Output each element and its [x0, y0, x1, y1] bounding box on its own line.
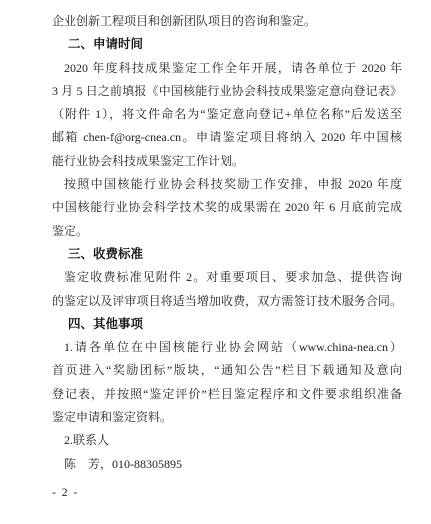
body-line: 邮箱 chen-f@org-cnea.cn。申请鉴定项目将纳入 2020 年中国…	[52, 126, 402, 149]
body-line: 鉴定。	[52, 220, 402, 243]
body-line: 鉴定申请和鉴定资料。	[52, 406, 402, 429]
body-line: 2020 年度科技成果鉴定工作全年开展，请各单位于 2020 年	[52, 57, 402, 80]
body-line: 首页进入“奖励团标”版块，“通知公告”栏目下载通知及意向	[52, 359, 402, 382]
body-line: 登记表，并按照“鉴定评价”栏目鉴定程序和文件要求组织准备	[52, 383, 402, 406]
section-heading: 四、其他事项	[52, 313, 402, 336]
body-line: 1.请各单位在中国核能行业协会网站（www.china-nea.cn）	[52, 336, 402, 359]
body-line: 中国核能行业协会科学技术奖的成果需在 2020 年 6 月底前完成	[52, 196, 402, 219]
section-heading: 二、申请时间	[52, 33, 402, 56]
body-line: 2.联系人	[52, 429, 402, 452]
contact-line: 陈 芳，010-88305895	[52, 453, 402, 476]
scanned-document-page: 企业创新工程项目和创新团队项目的咨询和鉴定。 二、申请时间 2020 年度科技成…	[0, 0, 431, 524]
body-line: 能行业协会科技成果鉴定工作计划。	[52, 150, 402, 173]
body-line: 3 月 5 日之前填报《中国核能行业协会科技成果鉴定意向登记表》	[52, 80, 402, 103]
body-line: 企业创新工程项目和创新团队项目的咨询和鉴定。	[52, 10, 402, 33]
body-line: （附件 1），将文件命名为“鉴定意向登记+单位名称”后发送至	[52, 103, 402, 126]
body-line: 按照中国核能行业协会科技奖励工作安排，申报 2020 年度	[52, 173, 402, 196]
section-heading: 三、收费标准	[52, 243, 402, 266]
body-line: 的鉴定以及评审项目将适当增加收费，双方需签订技术服务合同。	[52, 290, 402, 313]
body-line: 鉴定收费标准见附件 2。对重要项目、要求加急、提供咨询	[52, 266, 402, 289]
page-number: - 2 -	[52, 487, 79, 499]
document-body: 企业创新工程项目和创新团队项目的咨询和鉴定。 二、申请时间 2020 年度科技成…	[52, 10, 402, 476]
